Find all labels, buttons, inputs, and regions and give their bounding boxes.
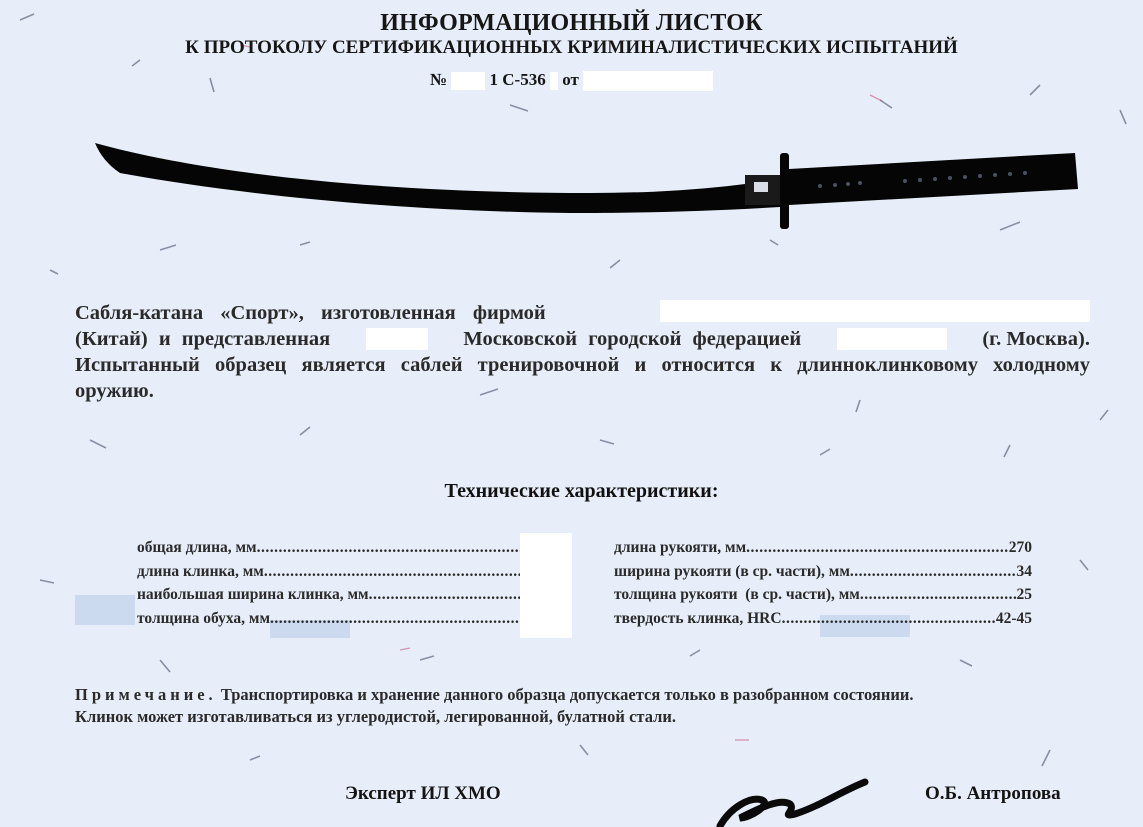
spec-row: наибольшая ширина клинка, мм	[137, 583, 520, 607]
description-paragraph: Сабля-катана «Спорт», изготовленная фирм…	[75, 300, 1090, 404]
spec-label: общая длина, мм	[137, 536, 257, 560]
redacted-date	[583, 71, 713, 91]
spec-row: твердость клинка, HRC42-45	[614, 607, 1032, 631]
spec-label: длина клинка, мм	[137, 560, 264, 584]
description-line2-end: (г. Москва).	[982, 326, 1090, 352]
spec-value: 42-45	[996, 607, 1032, 631]
date-prefix: от	[562, 70, 579, 89]
spec-label: ширина рукояти (в ср. части), мм	[614, 560, 850, 584]
leader-dots	[264, 560, 520, 584]
description-line2-middle: Московской городской федерацией	[463, 326, 801, 352]
spec-row: толщина рукояти (в ср. части), мм25	[614, 583, 1032, 607]
leader-dots	[270, 607, 520, 631]
specs-left-list: общая длина, мм длина клинка, мм наиболь…	[137, 536, 520, 630]
spec-row: длина рукояти, мм270	[614, 536, 1032, 560]
signature-icon	[700, 778, 880, 827]
redacted-number	[451, 72, 485, 90]
note-text-line2: Клинок может изготавливаться из углероди…	[75, 706, 1095, 728]
leader-dots	[746, 536, 1009, 560]
specs-right-list: длина рукояти, мм270 ширина рукояти (в с…	[614, 536, 1032, 630]
spec-label: толщина обуха, мм	[137, 607, 270, 631]
description-line3: Испытанный образец является саблей трени…	[75, 352, 1090, 404]
description-line2-start: (Китай) и представленная	[75, 326, 330, 352]
spec-value: 34	[1017, 560, 1033, 584]
expert-name: О.Б. Антропова	[925, 783, 1061, 805]
leader-dots	[369, 583, 520, 607]
expert-title: Эксперт ИЛ ХМО	[345, 783, 501, 805]
spec-value: 25	[1017, 583, 1033, 607]
spec-label: толщина рукояти (в ср. части), мм	[614, 583, 860, 607]
spec-label: твердость клинка, HRC	[614, 607, 782, 631]
spec-value: 270	[1009, 536, 1032, 560]
leader-dots	[782, 607, 996, 631]
redacted-left-values	[520, 533, 572, 638]
spec-row: ширина рукояти (в ср. части), мм34	[614, 560, 1032, 584]
spec-row: толщина обуха, мм	[137, 607, 520, 631]
redacted-gap	[550, 72, 558, 90]
protocol-number: № 1 С-536 от	[0, 70, 1143, 91]
redacted-manufacturer	[660, 300, 1090, 322]
redacted-federation	[837, 328, 947, 350]
number-prefix: №	[430, 70, 447, 89]
note-text-line1: Транспортировка и хранение данного образ…	[221, 685, 914, 704]
redacted-representative	[366, 328, 428, 350]
document-title: ИНФОРМАЦИОННЫЙ ЛИСТОК	[0, 10, 1143, 37]
spec-row: длина клинка, мм	[137, 560, 520, 584]
number-value: 1 С-536	[490, 70, 546, 89]
katana-sword-icon	[90, 135, 1090, 235]
note-block: Примечание. Транспортировка и хранение д…	[75, 684, 1095, 728]
note-label: Примечание.	[75, 685, 217, 704]
leader-dots	[257, 536, 520, 560]
specs-title: Технические характеристики:	[0, 480, 1143, 503]
leader-dots	[860, 583, 1017, 607]
spec-label: длина рукояти, мм	[614, 536, 746, 560]
leader-dots	[850, 560, 1017, 584]
spec-row: общая длина, мм	[137, 536, 520, 560]
spec-label: наибольшая ширина клинка, мм	[137, 583, 369, 607]
document-subtitle: К ПРОТОКОЛУ СЕРТИФИКАЦИОННЫХ КРИМИНАЛИСТ…	[0, 37, 1143, 59]
description-line1: Сабля-катана «Спорт», изготовленная фирм…	[75, 300, 546, 326]
